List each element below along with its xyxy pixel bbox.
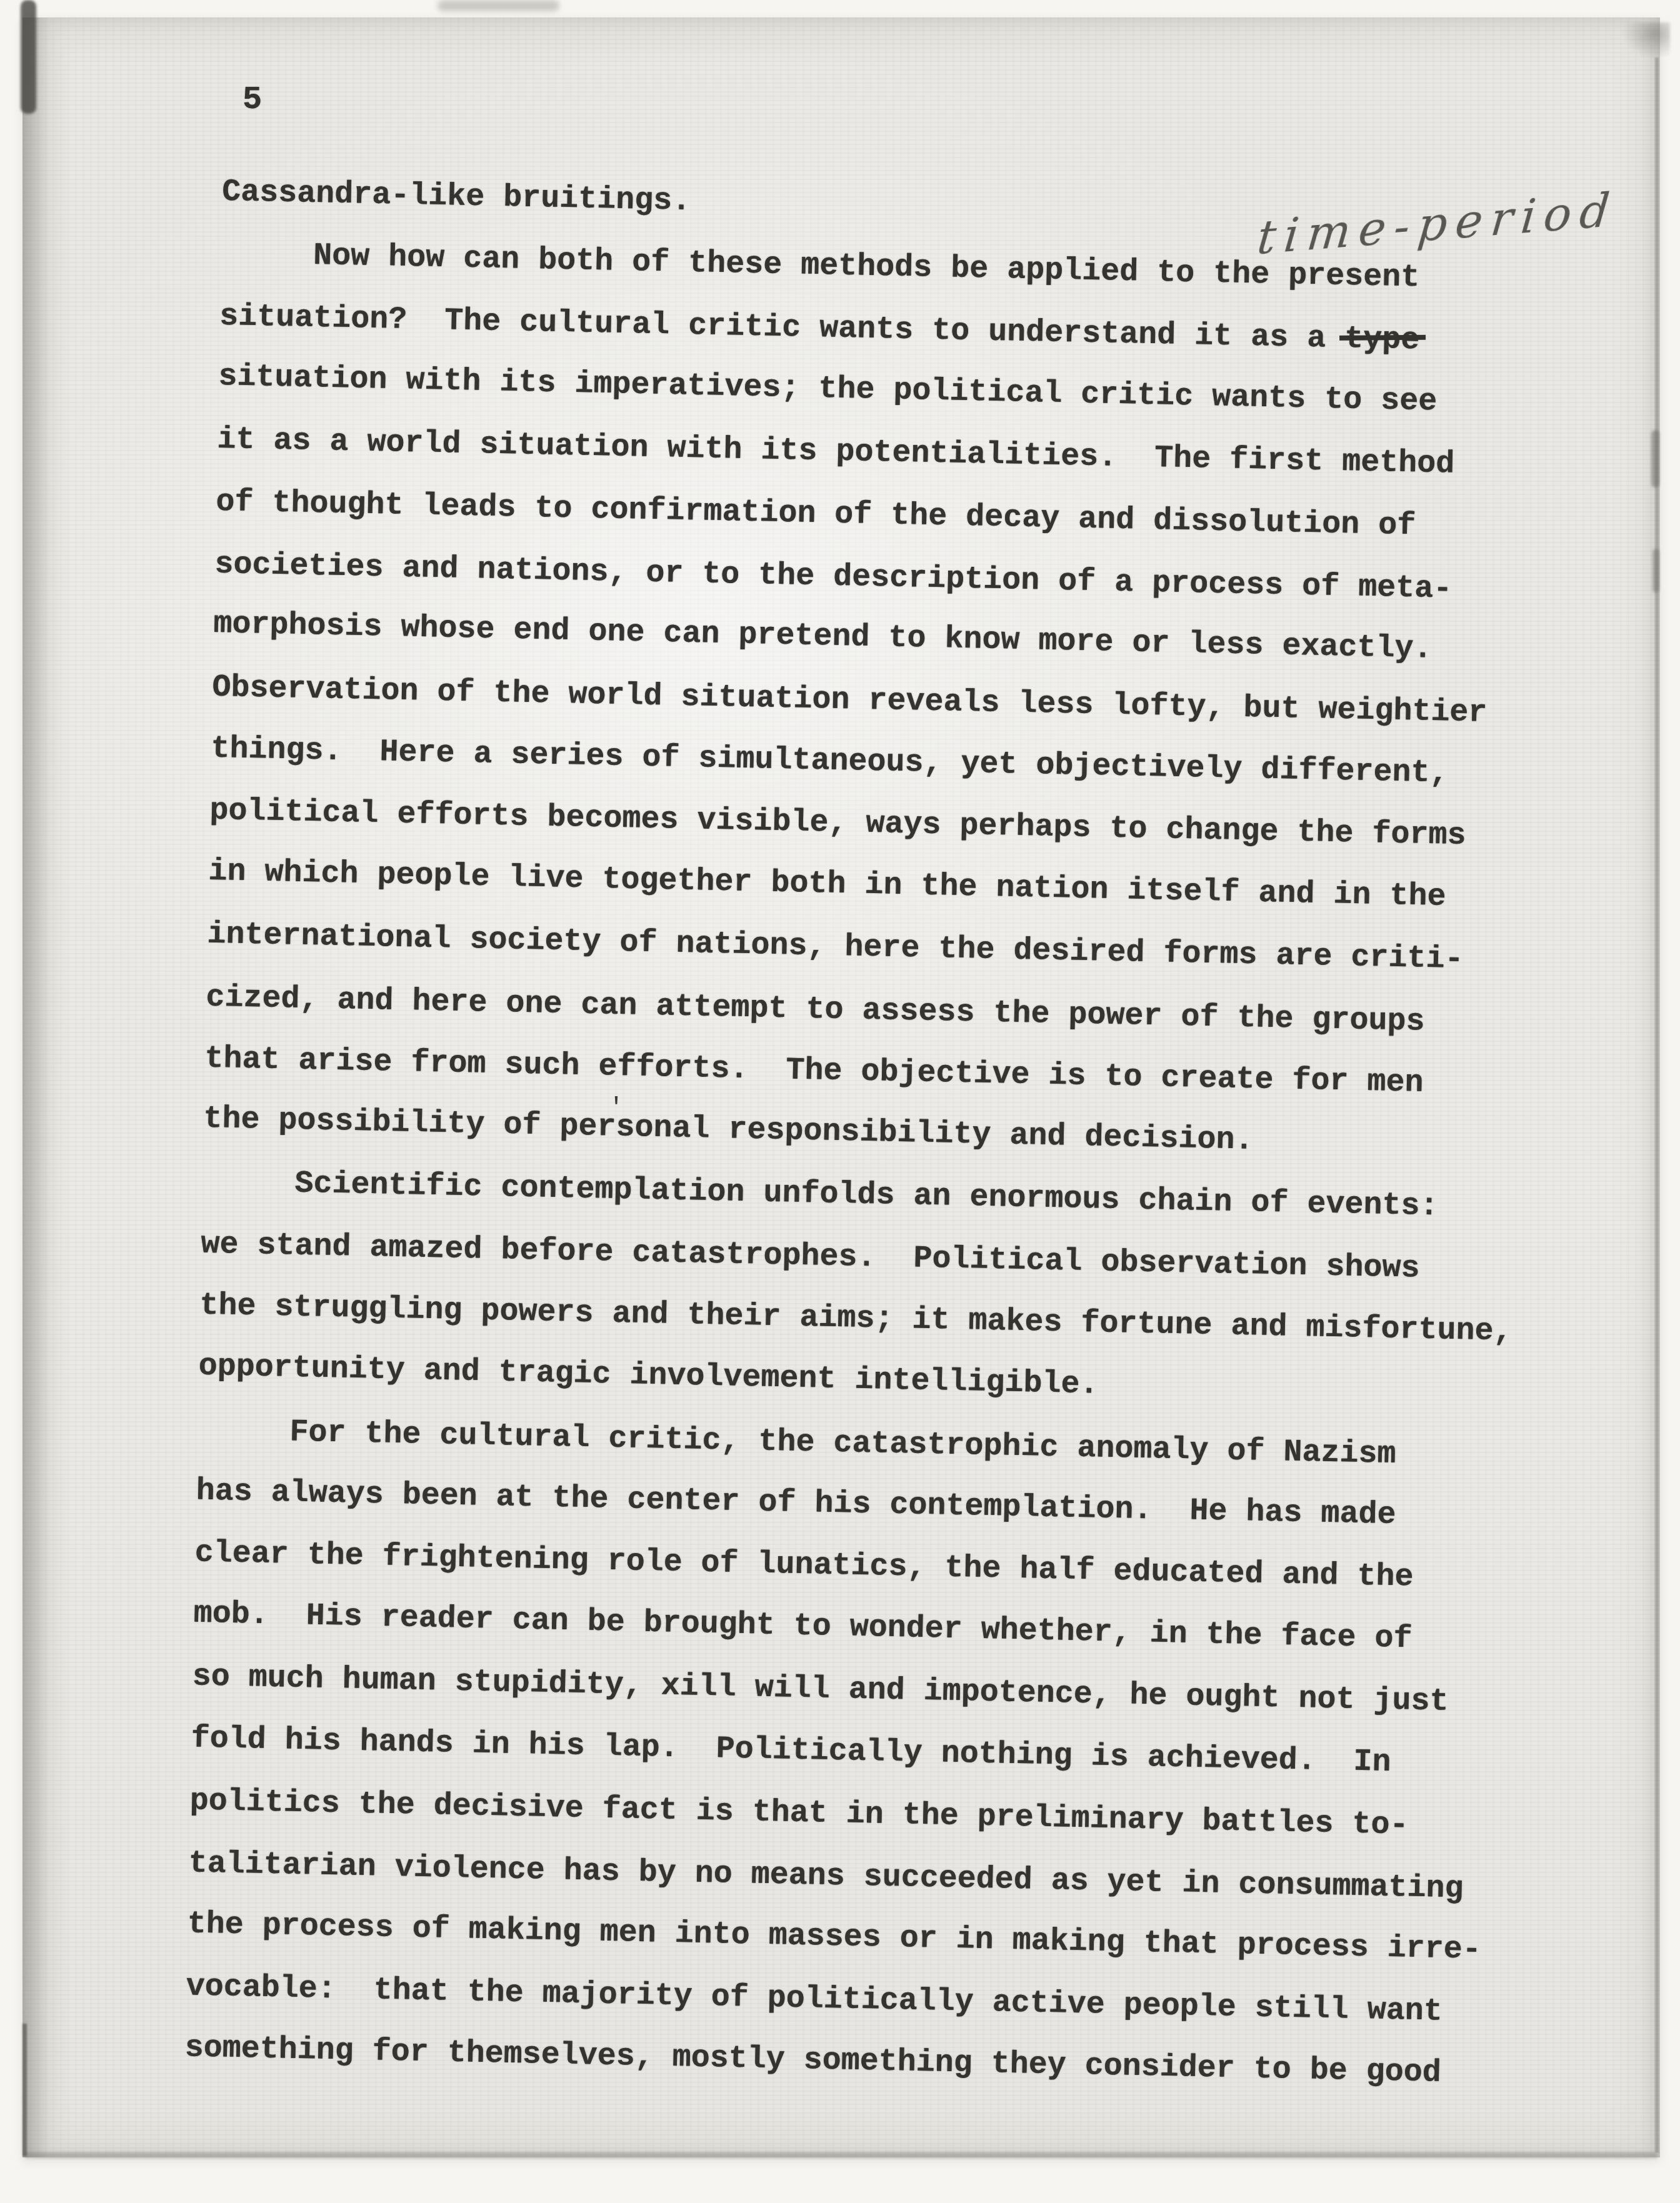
typed-lines: Cassandra-like bruitings.Now how can bot… bbox=[184, 172, 1634, 2119]
ink-overstrike-mark: ' bbox=[609, 1095, 624, 1123]
scanned-page: 5 Cassandra-like bruitings.Now how can b… bbox=[0, 0, 1680, 2203]
typed-body: Cassandra-like bruitings.Now how can bot… bbox=[184, 172, 1634, 2119]
scan-top-edge-smudge bbox=[437, 0, 559, 11]
page-number: 5 bbox=[242, 81, 262, 118]
struck-word: type bbox=[1344, 319, 1420, 361]
